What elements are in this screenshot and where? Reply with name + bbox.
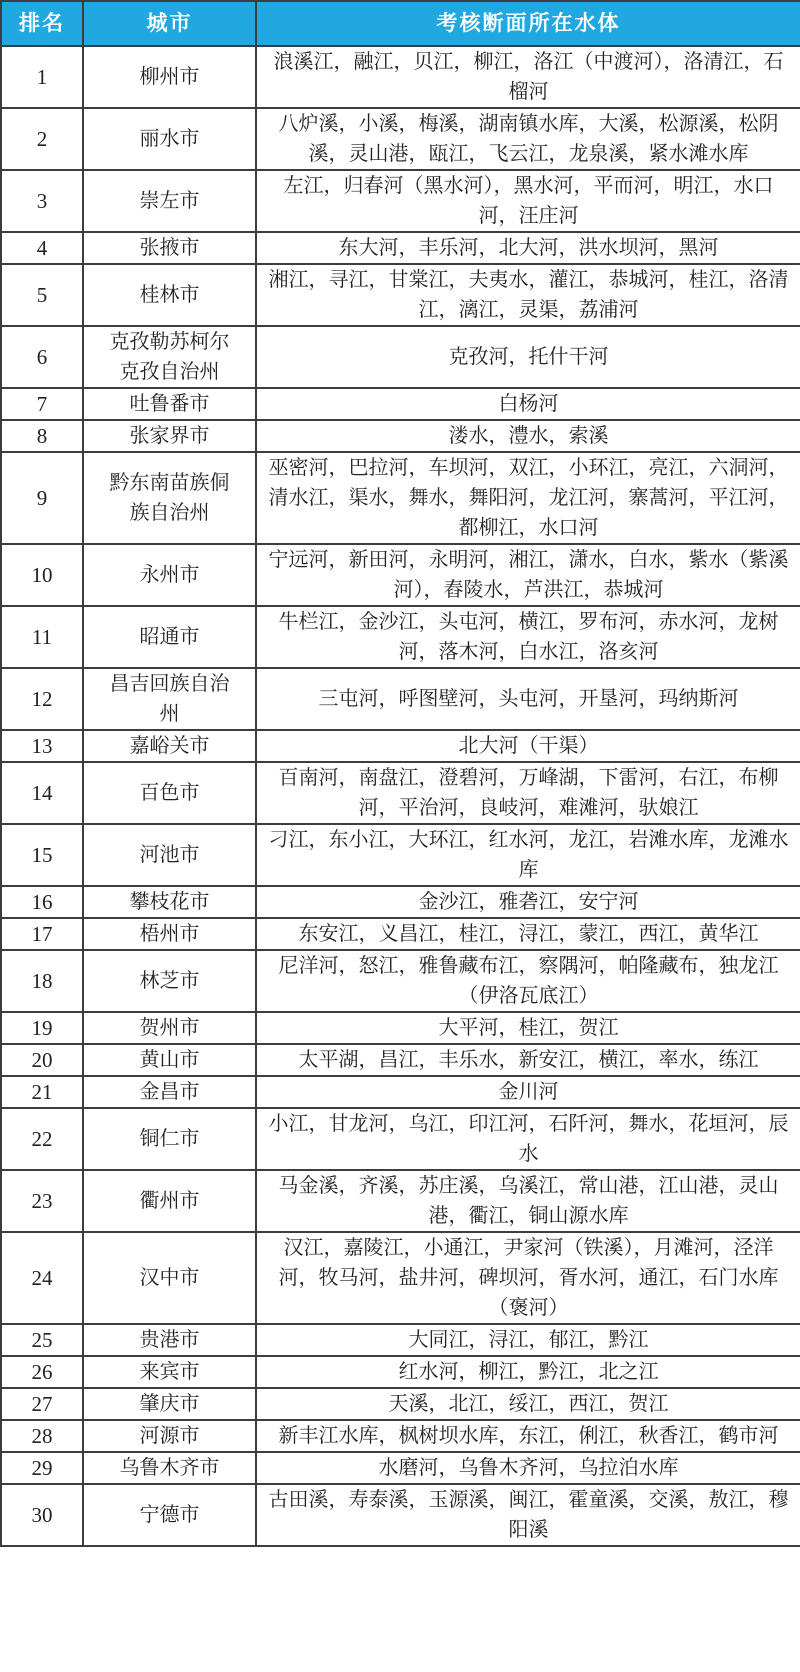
table-row: 12昌吉回族自治州三屯河，呼图壁河，头屯河，开垦河，玛纳斯河	[1, 668, 800, 730]
water-body-cell: 古田溪，寿泰溪，玉源溪，闽江，霍童溪，交溪，敖江，穆阳溪	[256, 1484, 800, 1546]
rank-cell: 12	[1, 668, 83, 730]
table-row: 22铜仁市小江，甘龙河，乌江，印江河，石阡河，舞水，花垣河，辰水	[1, 1108, 800, 1170]
header-rank: 排名	[1, 1, 83, 46]
table-row: 11昭通市牛栏江，金沙江，头屯河，横江，罗布河，赤水河，龙树河，落木河，白水江，…	[1, 606, 800, 668]
water-body-cell: 东安江，义昌江，桂江，浔江，蒙江，西江，黄华江	[256, 918, 800, 950]
water-body-cell: 三屯河，呼图壁河，头屯河，开垦河，玛纳斯河	[256, 668, 800, 730]
water-body-cell: 金川河	[256, 1076, 800, 1108]
table-row: 7吐鲁番市白杨河	[1, 388, 800, 420]
rank-cell: 23	[1, 1170, 83, 1232]
water-body-cell: 刁江，东小江，大环江，红水河，龙江，岩滩水库，龙滩水库	[256, 824, 800, 886]
water-body-cell: 溇水，澧水，索溪	[256, 420, 800, 452]
rank-cell: 27	[1, 1388, 83, 1420]
water-body-cell: 新丰江水库，枫树坝水库，东江，俐江，秋香江，鹤市河	[256, 1420, 800, 1452]
water-body-cell: 左江，归春河（黑水河），黑水河，平而河，明江，水口河，汪庄河	[256, 170, 800, 232]
table-row: 2丽水市八炉溪，小溪，梅溪，湖南镇水库，大溪，松源溪，松阴溪，灵山港，瓯江，飞云…	[1, 108, 800, 170]
water-body-cell: 马金溪，齐溪，苏庄溪，乌溪江，常山港，江山港，灵山港，衢江，铜山源水库	[256, 1170, 800, 1232]
rank-cell: 16	[1, 886, 83, 918]
rank-cell: 10	[1, 544, 83, 606]
city-cell: 肇庆市	[83, 1388, 256, 1420]
rank-cell: 4	[1, 232, 83, 264]
water-body-cell: 大同江，浔江，郁江，黔江	[256, 1324, 800, 1356]
table-row: 29乌鲁木齐市水磨河，乌鲁木齐河，乌拉泊水库	[1, 1452, 800, 1484]
city-cell: 嘉峪关市	[83, 730, 256, 762]
water-body-cell: 红水河，柳江，黔江，北之江	[256, 1356, 800, 1388]
rank-cell: 20	[1, 1044, 83, 1076]
city-cell: 梧州市	[83, 918, 256, 950]
city-cell: 乌鲁木齐市	[83, 1452, 256, 1484]
rank-cell: 7	[1, 388, 83, 420]
city-cell: 黄山市	[83, 1044, 256, 1076]
city-cell: 衢州市	[83, 1170, 256, 1232]
rank-cell: 21	[1, 1076, 83, 1108]
city-cell: 柳州市	[83, 46, 256, 108]
table-row: 18林芝市尼洋河，怒江，雅鲁藏布江，察隅河，帕隆藏布，独龙江（伊洛瓦底江）	[1, 950, 800, 1012]
table-row: 6克孜勒苏柯尔克孜自治州克孜河，托什干河	[1, 326, 800, 388]
table-row: 28河源市新丰江水库，枫树坝水库，东江，俐江，秋香江，鹤市河	[1, 1420, 800, 1452]
rank-cell: 3	[1, 170, 83, 232]
rank-cell: 5	[1, 264, 83, 326]
water-body-cell: 东大河，丰乐河，北大河，洪水坝河，黑河	[256, 232, 800, 264]
water-body-cell: 大平河，桂江，贺江	[256, 1012, 800, 1044]
city-cell: 百色市	[83, 762, 256, 824]
city-cell: 林芝市	[83, 950, 256, 1012]
table-row: 5桂林市湘江，寻江，甘棠江，夫夷水，灌江，恭城河，桂江，洛清江，漓江，灵渠，荔浦…	[1, 264, 800, 326]
city-cell: 崇左市	[83, 170, 256, 232]
water-body-cell: 小江，甘龙河，乌江，印江河，石阡河，舞水，花垣河，辰水	[256, 1108, 800, 1170]
city-cell: 永州市	[83, 544, 256, 606]
rank-cell: 18	[1, 950, 83, 1012]
water-body-cell: 白杨河	[256, 388, 800, 420]
table-row: 1柳州市浪溪江，融江，贝江，柳江，洛江（中渡河），洛清江，石榴河	[1, 46, 800, 108]
water-body-cell: 巫密河，巴拉河，车坝河，双江，小环江，亮江，六洞河，清水江，渠水，舞水，舞阳河，…	[256, 452, 800, 544]
header-row: 排名 城市 考核断面所在水体	[1, 1, 800, 46]
city-cell: 攀枝花市	[83, 886, 256, 918]
table-row: 4张掖市东大河，丰乐河，北大河，洪水坝河，黑河	[1, 232, 800, 264]
table-row: 8张家界市溇水，澧水，索溪	[1, 420, 800, 452]
city-cell: 黔东南苗族侗族自治州	[83, 452, 256, 544]
table-row: 27肇庆市天溪，北江，绥江，西江，贺江	[1, 1388, 800, 1420]
water-body-cell: 金沙江，雅砻江，安宁河	[256, 886, 800, 918]
rank-cell: 13	[1, 730, 83, 762]
water-body-cell: 浪溪江，融江，贝江，柳江，洛江（中渡河），洛清江，石榴河	[256, 46, 800, 108]
table-row: 20黄山市太平湖，昌江，丰乐水，新安江，横江，率水，练江	[1, 1044, 800, 1076]
rank-cell: 6	[1, 326, 83, 388]
table-row: 24汉中市汉江，嘉陵江，小通江，尹家河（铁溪），月滩河，泾洋河，牧马河，盐井河，…	[1, 1232, 800, 1324]
city-cell: 贵港市	[83, 1324, 256, 1356]
city-cell: 克孜勒苏柯尔克孜自治州	[83, 326, 256, 388]
table-row: 23衢州市马金溪，齐溪，苏庄溪，乌溪江，常山港，江山港，灵山港，衢江，铜山源水库	[1, 1170, 800, 1232]
table-body: 1柳州市浪溪江，融江，贝江，柳江，洛江（中渡河），洛清江，石榴河2丽水市八炉溪，…	[1, 46, 800, 1546]
water-body-cell: 汉江，嘉陵江，小通江，尹家河（铁溪），月滩河，泾洋河，牧马河，盐井河，碑坝河，胥…	[256, 1232, 800, 1324]
table-row: 25贵港市大同江，浔江，郁江，黔江	[1, 1324, 800, 1356]
table-row: 16攀枝花市金沙江，雅砻江，安宁河	[1, 886, 800, 918]
rank-cell: 26	[1, 1356, 83, 1388]
table-row: 9黔东南苗族侗族自治州巫密河，巴拉河，车坝河，双江，小环江，亮江，六洞河，清水江…	[1, 452, 800, 544]
water-body-cell: 北大河（干渠）	[256, 730, 800, 762]
rank-cell: 11	[1, 606, 83, 668]
water-body-cell: 八炉溪，小溪，梅溪，湖南镇水库，大溪，松源溪，松阴溪，灵山港，瓯江，飞云江，龙泉…	[256, 108, 800, 170]
table-row: 13嘉峪关市北大河（干渠）	[1, 730, 800, 762]
header-city: 城市	[83, 1, 256, 46]
rank-cell: 19	[1, 1012, 83, 1044]
rank-cell: 30	[1, 1484, 83, 1546]
table-row: 15河池市刁江，东小江，大环江，红水河，龙江，岩滩水库，龙滩水库	[1, 824, 800, 886]
table-row: 14百色市百南河，南盘江，澄碧河，万峰湖，下雷河，右江，布柳河，平治河，良岐河，…	[1, 762, 800, 824]
city-cell: 贺州市	[83, 1012, 256, 1044]
water-quality-ranking-table: 排名 城市 考核断面所在水体 1柳州市浪溪江，融江，贝江，柳江，洛江（中渡河），…	[0, 0, 800, 1547]
city-cell: 昌吉回族自治州	[83, 668, 256, 730]
table-row: 30宁德市古田溪，寿泰溪，玉源溪，闽江，霍童溪，交溪，敖江，穆阳溪	[1, 1484, 800, 1546]
city-cell: 桂林市	[83, 264, 256, 326]
city-cell: 张家界市	[83, 420, 256, 452]
water-body-cell: 太平湖，昌江，丰乐水，新安江，横江，率水，练江	[256, 1044, 800, 1076]
table-row: 3崇左市左江，归春河（黑水河），黑水河，平而河，明江，水口河，汪庄河	[1, 170, 800, 232]
rank-cell: 1	[1, 46, 83, 108]
water-body-cell: 百南河，南盘江，澄碧河，万峰湖，下雷河，右江，布柳河，平治河，良岐河，难滩河，驮…	[256, 762, 800, 824]
city-cell: 汉中市	[83, 1232, 256, 1324]
table-row: 17梧州市东安江，义昌江，桂江，浔江，蒙江，西江，黄华江	[1, 918, 800, 950]
water-body-cell: 克孜河，托什干河	[256, 326, 800, 388]
water-body-cell: 尼洋河，怒江，雅鲁藏布江，察隅河，帕隆藏布，独龙江（伊洛瓦底江）	[256, 950, 800, 1012]
table-row: 19贺州市大平河，桂江，贺江	[1, 1012, 800, 1044]
city-cell: 张掖市	[83, 232, 256, 264]
table-row: 21金昌市金川河	[1, 1076, 800, 1108]
city-cell: 金昌市	[83, 1076, 256, 1108]
rank-cell: 8	[1, 420, 83, 452]
rank-cell: 14	[1, 762, 83, 824]
table-row: 26来宾市红水河，柳江，黔江，北之江	[1, 1356, 800, 1388]
water-body-cell: 水磨河，乌鲁木齐河，乌拉泊水库	[256, 1452, 800, 1484]
city-cell: 来宾市	[83, 1356, 256, 1388]
city-cell: 河池市	[83, 824, 256, 886]
rank-cell: 24	[1, 1232, 83, 1324]
rank-cell: 25	[1, 1324, 83, 1356]
water-body-cell: 宁远河，新田河，永明河，湘江，潇水，白水，紫水（紫溪河），舂陵水，芦洪江，恭城河	[256, 544, 800, 606]
table-row: 10永州市宁远河，新田河，永明河，湘江，潇水，白水，紫水（紫溪河），舂陵水，芦洪…	[1, 544, 800, 606]
page: 排名 城市 考核断面所在水体 1柳州市浪溪江，融江，贝江，柳江，洛江（中渡河），…	[0, 0, 800, 1672]
header-water-body: 考核断面所在水体	[256, 1, 800, 46]
water-body-cell: 牛栏江，金沙江，头屯河，横江，罗布河，赤水河，龙树河，落木河，白水江，洛亥河	[256, 606, 800, 668]
rank-cell: 17	[1, 918, 83, 950]
city-cell: 宁德市	[83, 1484, 256, 1546]
city-cell: 吐鲁番市	[83, 388, 256, 420]
rank-cell: 28	[1, 1420, 83, 1452]
rank-cell: 2	[1, 108, 83, 170]
city-cell: 丽水市	[83, 108, 256, 170]
city-cell: 铜仁市	[83, 1108, 256, 1170]
city-cell: 河源市	[83, 1420, 256, 1452]
rank-cell: 22	[1, 1108, 83, 1170]
rank-cell: 29	[1, 1452, 83, 1484]
rank-cell: 15	[1, 824, 83, 886]
rank-cell: 9	[1, 452, 83, 544]
water-body-cell: 天溪，北江，绥江，西江，贺江	[256, 1388, 800, 1420]
water-body-cell: 湘江，寻江，甘棠江，夫夷水，灌江，恭城河，桂江，洛清江，漓江，灵渠，荔浦河	[256, 264, 800, 326]
city-cell: 昭通市	[83, 606, 256, 668]
